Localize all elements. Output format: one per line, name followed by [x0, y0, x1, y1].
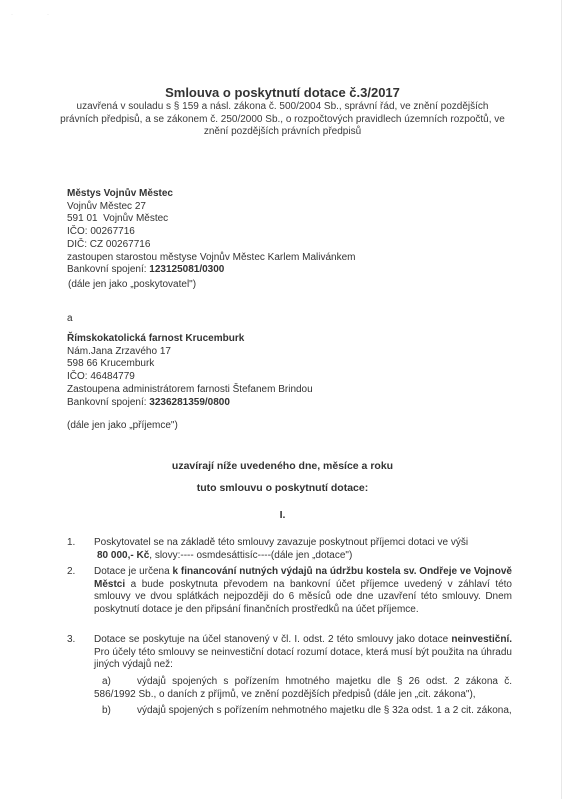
closing-line-2: tuto smlouvu o poskytnutí dotace: — [0, 482, 565, 494]
subitem-label: b) — [94, 705, 137, 718]
section-number: I. — [0, 509, 565, 521]
article-item-2: 2. Dotace je určena k financování nutnýc… — [67, 566, 512, 616]
provider-alias: (dále jen jako „poskytovatel") — [68, 279, 196, 292]
document-title: Smlouva o poskytnutí dotace č.3/2017 — [0, 85, 565, 100]
page-edge — [561, 0, 562, 799]
recipient-alias: (dále jen jako „příjemce") — [67, 420, 178, 433]
provider-block: Městys Vojnův Městec Vojnův Městec 27 59… — [67, 188, 355, 277]
article-item-3: 3. Dotace se poskytuje na účel stanovený… — [67, 634, 512, 672]
recipient-address-1: Nám.Jana Zrzavého 17 — [67, 346, 313, 359]
article-item-1: 1. Poskytovatel se na základě této smlou… — [67, 537, 512, 562]
amount: 80 000,- Kč — [94, 550, 149, 561]
item-number: 2. — [67, 566, 75, 579]
closing-line-1: uzavírají níže uvedeného dne, měsíce a r… — [0, 460, 565, 472]
provider-address-2: 591 01 Vojnův Městec — [67, 213, 355, 226]
subitem-a: a)výdajů spojených s pořízením hmotného … — [94, 676, 512, 701]
recipient-name: Římskokatolická farnost Krucemburk — [67, 333, 313, 346]
recipient-ico: IČO: 46484779 — [67, 371, 313, 384]
conjunction: a — [67, 313, 73, 326]
item-text: Dotace se poskytuje na účel stanovený v … — [94, 634, 512, 672]
recipient-address-2: 598 66 Krucemburk — [67, 358, 313, 371]
subitem-label: a) — [94, 676, 137, 689]
recipient-bank: Bankovní spojení: 3236281359/0800 — [67, 397, 313, 410]
item-number: 1. — [67, 537, 75, 550]
provider-bank-value: 123125081/0300 — [149, 264, 224, 275]
item-text: Poskytovatel se na základě této smlouvy … — [94, 537, 512, 562]
item-text: Dotace je určena k financování nutných v… — [94, 566, 512, 616]
recipient-represented: Zastoupena administrátorem farnosti Štef… — [67, 384, 313, 397]
subitem-b: b)výdajů spojených s pořízením nehmotnéh… — [94, 705, 512, 718]
provider-name: Městys Vojnův Městec — [67, 188, 355, 201]
dotation-type: neinvestiční. — [451, 634, 512, 645]
recipient-bank-label: Bankovní spojení: — [67, 397, 149, 408]
provider-address-1: Vojnův Městec 27 — [67, 201, 355, 214]
subitem-text: výdajů spojených s pořízením hmotného ma… — [94, 676, 512, 700]
item-number: 3. — [67, 634, 75, 647]
provider-bank: Bankovní spojení: 123125081/0300 — [67, 264, 355, 277]
recipient-block: Římskokatolická farnost Krucemburk Nám.J… — [67, 333, 313, 409]
provider-bank-label: Bankovní spojení: — [67, 264, 149, 275]
scan-speck: · — [11, 12, 13, 18]
recipient-bank-value: 3236281359/0800 — [149, 397, 230, 408]
subitem-text: výdajů spojených s pořízením nehmotného … — [137, 705, 512, 716]
scan-speck: · — [47, 12, 49, 18]
provider-dic: DIČ: CZ 00267716 — [67, 239, 355, 252]
document-subtitle: uzavřená v souladu s § 159 a násl. zákon… — [60, 101, 505, 139]
provider-represented: zastoupen starostou městyse Vojnův Měste… — [67, 252, 355, 265]
provider-ico: IČO: 00267716 — [67, 226, 355, 239]
